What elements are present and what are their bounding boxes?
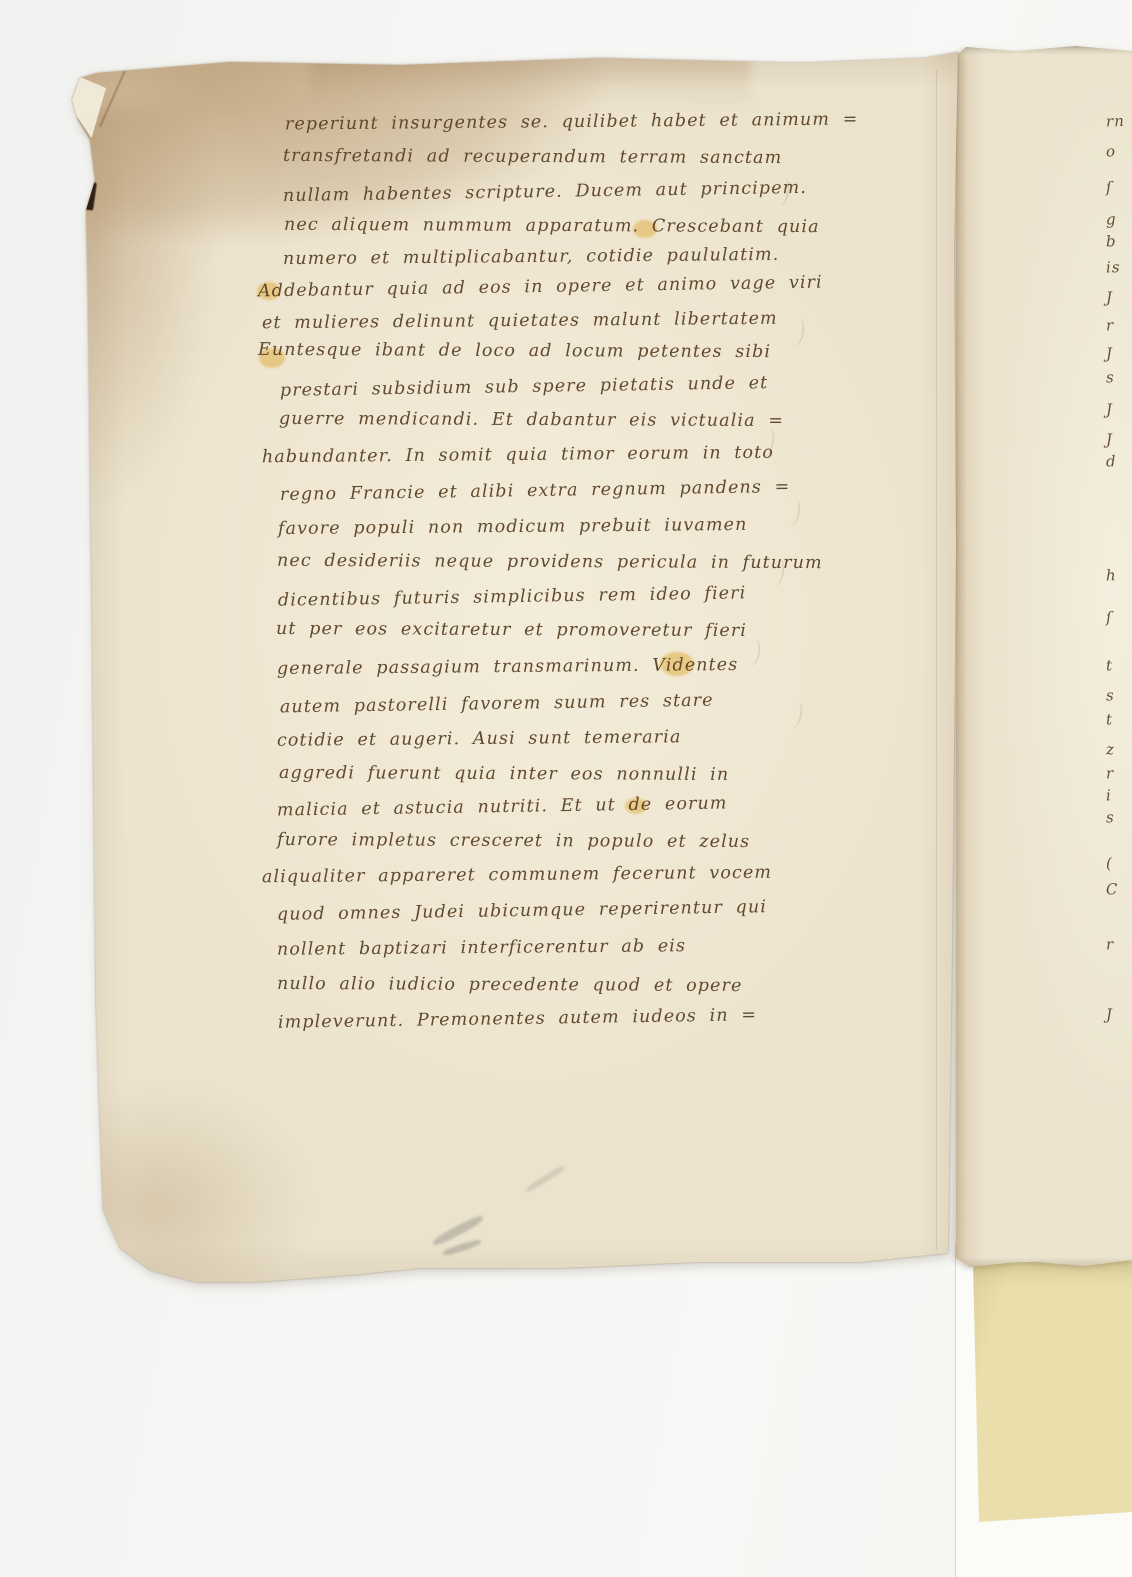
top-edge-stain	[310, 44, 750, 118]
pencil-smudge	[524, 1164, 566, 1193]
left-folio	[70, 48, 958, 1288]
manuscript-photo: rn o ſ g b is J r J s J J d h ſ t s t z …	[0, 0, 1132, 1577]
ink-spot	[82, 181, 97, 210]
corner-stain	[76, 1088, 306, 1288]
water-stain	[58, 40, 598, 240]
fold-line	[936, 70, 937, 1250]
pencil-smudge	[442, 1238, 482, 1257]
folded-corner	[68, 74, 106, 138]
right-folio-edge	[956, 44, 1132, 1270]
mat-card	[972, 1258, 1132, 1522]
edge-stain	[66, 108, 216, 508]
